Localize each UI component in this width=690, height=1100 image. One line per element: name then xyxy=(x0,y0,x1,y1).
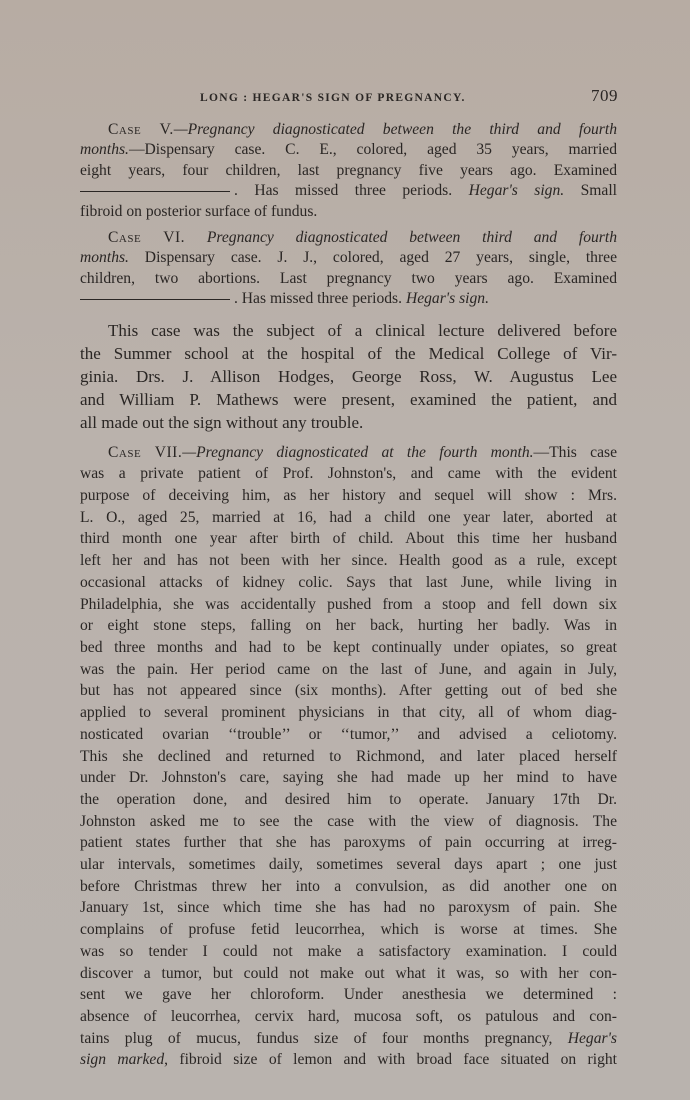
case-vii-line: This she declined and returned to Richmo… xyxy=(80,746,617,768)
redacted-date-rule xyxy=(80,299,230,300)
case-vii-line: L. O., aged 25, married at 16, had a chi… xyxy=(80,507,617,529)
case-vii-line: but has not appeared since (six months).… xyxy=(80,680,617,702)
case-vii-line: or eight stone steps, falling on her bac… xyxy=(80,615,617,637)
case-v-line: . Has missed three periods. xyxy=(234,182,452,199)
case-vi-line: Dispensary case. J. J., colored, aged 27… xyxy=(129,249,617,266)
page-number: 709 xyxy=(591,86,618,106)
case-vii-line: , fibroid size of lemon and with broad f… xyxy=(164,1051,617,1068)
case-vii-line: occasional attacks of kidney colic. Says… xyxy=(80,572,617,594)
lecture-line: ginia. Drs. J. Allison Hodges, George Ro… xyxy=(80,365,617,388)
page-body: Case V.—Pregnancy diagnosticated between… xyxy=(80,120,617,1077)
case-vii-line: under Dr. Johnston's care, saying she ha… xyxy=(80,767,617,789)
case-vii-line: patient states further that she has paro… xyxy=(80,832,617,854)
lecture-line: all made out the sign without any troubl… xyxy=(80,411,617,434)
case-vii-line: sent we gave her chloroform. Under anest… xyxy=(80,984,617,1006)
case-vii-paragraph: Case VII.—Pregnancy diagnosticated at th… xyxy=(80,442,617,1071)
case-vii-line: absence of leucorrhea, cervix hard, muco… xyxy=(80,1006,617,1028)
case-vii-line: third month one year after birth of chil… xyxy=(80,528,617,550)
case-v-line: eight years, four children, last pregnan… xyxy=(80,161,617,181)
book-page: LONG : HEGAR'S SIGN OF PREGNANCY. 709 Ca… xyxy=(0,0,690,1100)
case-v-paragraph: Case V.—Pregnancy diagnosticated between… xyxy=(80,120,617,222)
hegars-sign-italic: Hegar's xyxy=(568,1030,617,1047)
case-vii-line: left her and has not been with her since… xyxy=(80,550,617,572)
case-vii-line: tains plug of mucus, fundus size of four… xyxy=(80,1030,568,1047)
case-vii-line: before Christmas threw her into a convul… xyxy=(80,876,617,898)
case-v-label: Case V. xyxy=(108,121,174,138)
case-v-line: fibroid on posterior surface of fundus. xyxy=(80,202,617,222)
case-v-line: —Dispensary case. C. E., colored, aged 3… xyxy=(129,141,617,158)
case-vii-line: the operation done, and desired him to o… xyxy=(80,789,617,811)
lecture-paragraph: This case was the subject of a clinical … xyxy=(80,319,617,434)
case-vii-line: bed three months and had to be kept cont… xyxy=(80,637,617,659)
case-vii-title: —Pregnancy diagnosticated at the fourth … xyxy=(182,444,533,461)
lecture-line: and William P. Mathews were present, exa… xyxy=(80,388,617,411)
running-head: LONG : HEGAR'S SIGN OF PREGNANCY. xyxy=(200,92,466,104)
case-v-title-a: —Pregnancy diagnosticated between the th… xyxy=(174,121,617,138)
case-vi-line: children, two abortions. Last pregnancy … xyxy=(80,269,617,289)
case-vii-line: purpose of deceiving him, as her history… xyxy=(80,485,617,507)
lecture-line: This case was the subject of a clinical … xyxy=(80,319,617,342)
case-vi-label: Case VI. xyxy=(108,229,185,246)
case-vii-line: ular intervals, sometimes daily, sometim… xyxy=(80,854,617,876)
case-vi-paragraph: Case VI. Pregnancy diagnosticated betwee… xyxy=(80,228,617,310)
case-vii-line: was so tender I could not make a satisfa… xyxy=(80,941,617,963)
case-vii-line: discover a tumor, but could not make out… xyxy=(80,963,617,985)
case-v-title-b: months. xyxy=(80,141,129,158)
case-vii-line: Philadelphia, she was accidentally pushe… xyxy=(80,594,617,616)
redacted-date-rule xyxy=(80,191,230,192)
case-vi-title: months. xyxy=(80,249,129,266)
case-vi-line: . Has missed three periods. xyxy=(234,290,406,307)
case-vii-line: January 1st, since which time she has ha… xyxy=(80,897,617,919)
case-vii-line: was a private patient of Prof. Johnston'… xyxy=(80,463,617,485)
sign-marked-italic: sign marked xyxy=(80,1051,164,1068)
case-vii-label: Case VII. xyxy=(108,444,182,461)
case-vii-line: complains of profuse fetid leucorrhea, w… xyxy=(80,919,617,941)
hegars-sign-italic: Hegar's sign. xyxy=(406,290,489,307)
case-vii-line: was the pain. Her period came on the las… xyxy=(80,659,617,681)
lecture-line: the Summer school at the hospital of the… xyxy=(80,342,617,365)
case-vii-line: —This case xyxy=(534,444,617,461)
hegars-sign-italic: Hegar's sign. xyxy=(469,182,565,199)
case-v-line: Small xyxy=(564,182,617,199)
case-vii-line: Johnston asked me to see the case with t… xyxy=(80,811,617,833)
case-vi-title: Pregnancy diagnosticated between third a… xyxy=(185,229,617,246)
case-vii-line: applied to several prominent physicians … xyxy=(80,702,617,724)
case-vii-line: nosticated ovarian ‘‘trouble’’ or ‘‘tumo… xyxy=(80,724,617,746)
page-header: LONG : HEGAR'S SIGN OF PREGNANCY. 709 xyxy=(200,86,618,106)
